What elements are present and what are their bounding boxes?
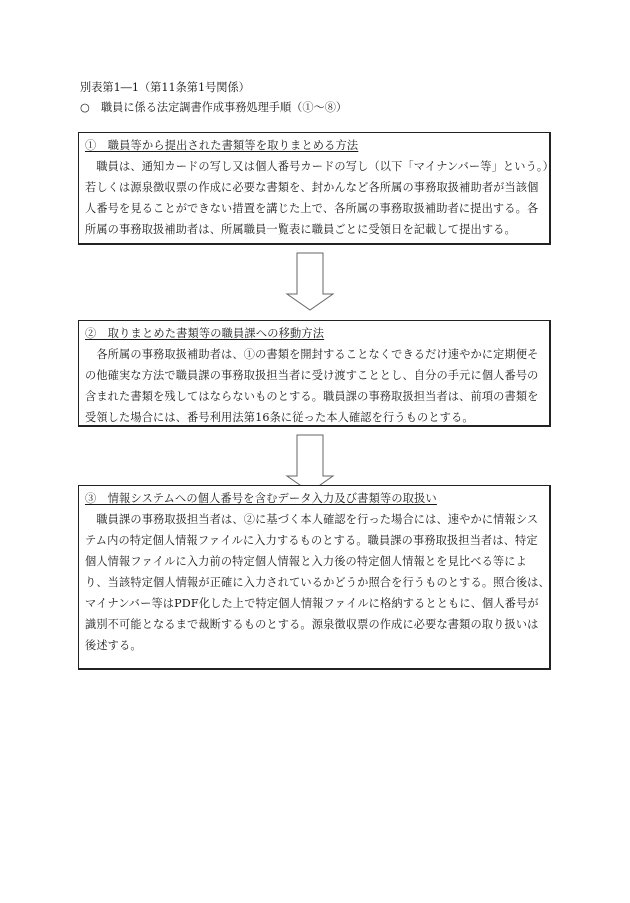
step-body: 各所属の事務取扱補助者は、①の書類を開封することなくできるだけ速やかに定期便そ …	[85, 344, 543, 428]
document-heading: ○ 職員に係る法定調書作成事務処理手順（①～⑧）	[80, 101, 347, 115]
step-line: 個人情報ファイルに入力前の特定個人情報と入力後の特定個人情報とを見比べる等によ	[85, 551, 543, 572]
step-line: 識別不可能となるまで裁断するものとする。源泉徴収票の作成に必要な書類の取り扱いは	[85, 614, 543, 635]
step-title: ① 職員等から提出された書類等を取りまとめる方法	[85, 136, 543, 156]
down-arrow-icon	[285, 252, 335, 312]
step-line: テム内の特定個人情報ファイルに入力するものとする。職員課の事務取扱担当者は、特定	[85, 530, 543, 551]
step-body: 職員は、通知カードの写し又は個人番号カードの写し（以下「マイナンバー等」という。…	[85, 156, 543, 240]
step-title: ② 取りまとめた書類等の職員課への移動方法	[85, 324, 543, 344]
step-line: 職員課の事務取扱担当者は、②に基づく本人確認を行った場合には、速やかに情報シス	[85, 509, 543, 530]
appendix-label: 別表第1―1（第11条第1号関係）	[80, 81, 250, 95]
step-line: り、当該特定個人情報が正確に入力されているかどうか照合を行うものとする。照合後は…	[85, 572, 543, 593]
step-body: 職員課の事務取扱担当者は、②に基づく本人確認を行った場合には、速やかに情報シス …	[85, 509, 543, 656]
step-box-3: ③ 情報システムへの個人番号を含むデータ入力及び書類等の取扱い 職員課の事務取扱…	[78, 485, 551, 670]
step-title: ③ 情報システムへの個人番号を含むデータ入力及び書類等の取扱い	[85, 489, 543, 509]
step-line: 職員は、通知カードの写し又は個人番号カードの写し（以下「マイナンバー等」という。…	[85, 156, 543, 177]
step-line: 人番号を見ることができない措置を講じた上で、各所属の事務取扱補助者に提出する。各	[85, 198, 543, 219]
step-line: 所属の事務取扱補助者は、所属職員一覧表に職員ごとに受領日を記載して提出する。	[85, 219, 543, 240]
step-line: 後述する。	[85, 635, 543, 656]
step-line: 含まれた書類を残してはならないものとする。職員課の事務取扱担当者は、前項の書類を	[85, 386, 543, 407]
step-line: 若しくは源泉徴収票の作成に必要な書類を、封かんなど各所属の事務取扱補助者が当該個	[85, 177, 543, 198]
step-line: マイナンバー等はPDF化した上で特定個人情報ファイルに格納するとともに、個人番号…	[85, 593, 543, 614]
step-box-2: ② 取りまとめた書類等の職員課への移動方法 各所属の事務取扱補助者は、①の書類を…	[78, 320, 551, 427]
step-line: 各所属の事務取扱補助者は、①の書類を開封することなくできるだけ速やかに定期便そ	[85, 344, 543, 365]
step-box-1: ① 職員等から提出された書類等を取りまとめる方法 職員は、通知カードの写し又は個…	[78, 132, 551, 245]
step-line: 受領した場合には、番号利用法第16条に従った本人確認を行うものとする。	[85, 407, 543, 428]
step-line: の他確実な方法で職員課の事務取扱担当者に受け渡すこととし、自分の手元に個人番号の	[85, 365, 543, 386]
